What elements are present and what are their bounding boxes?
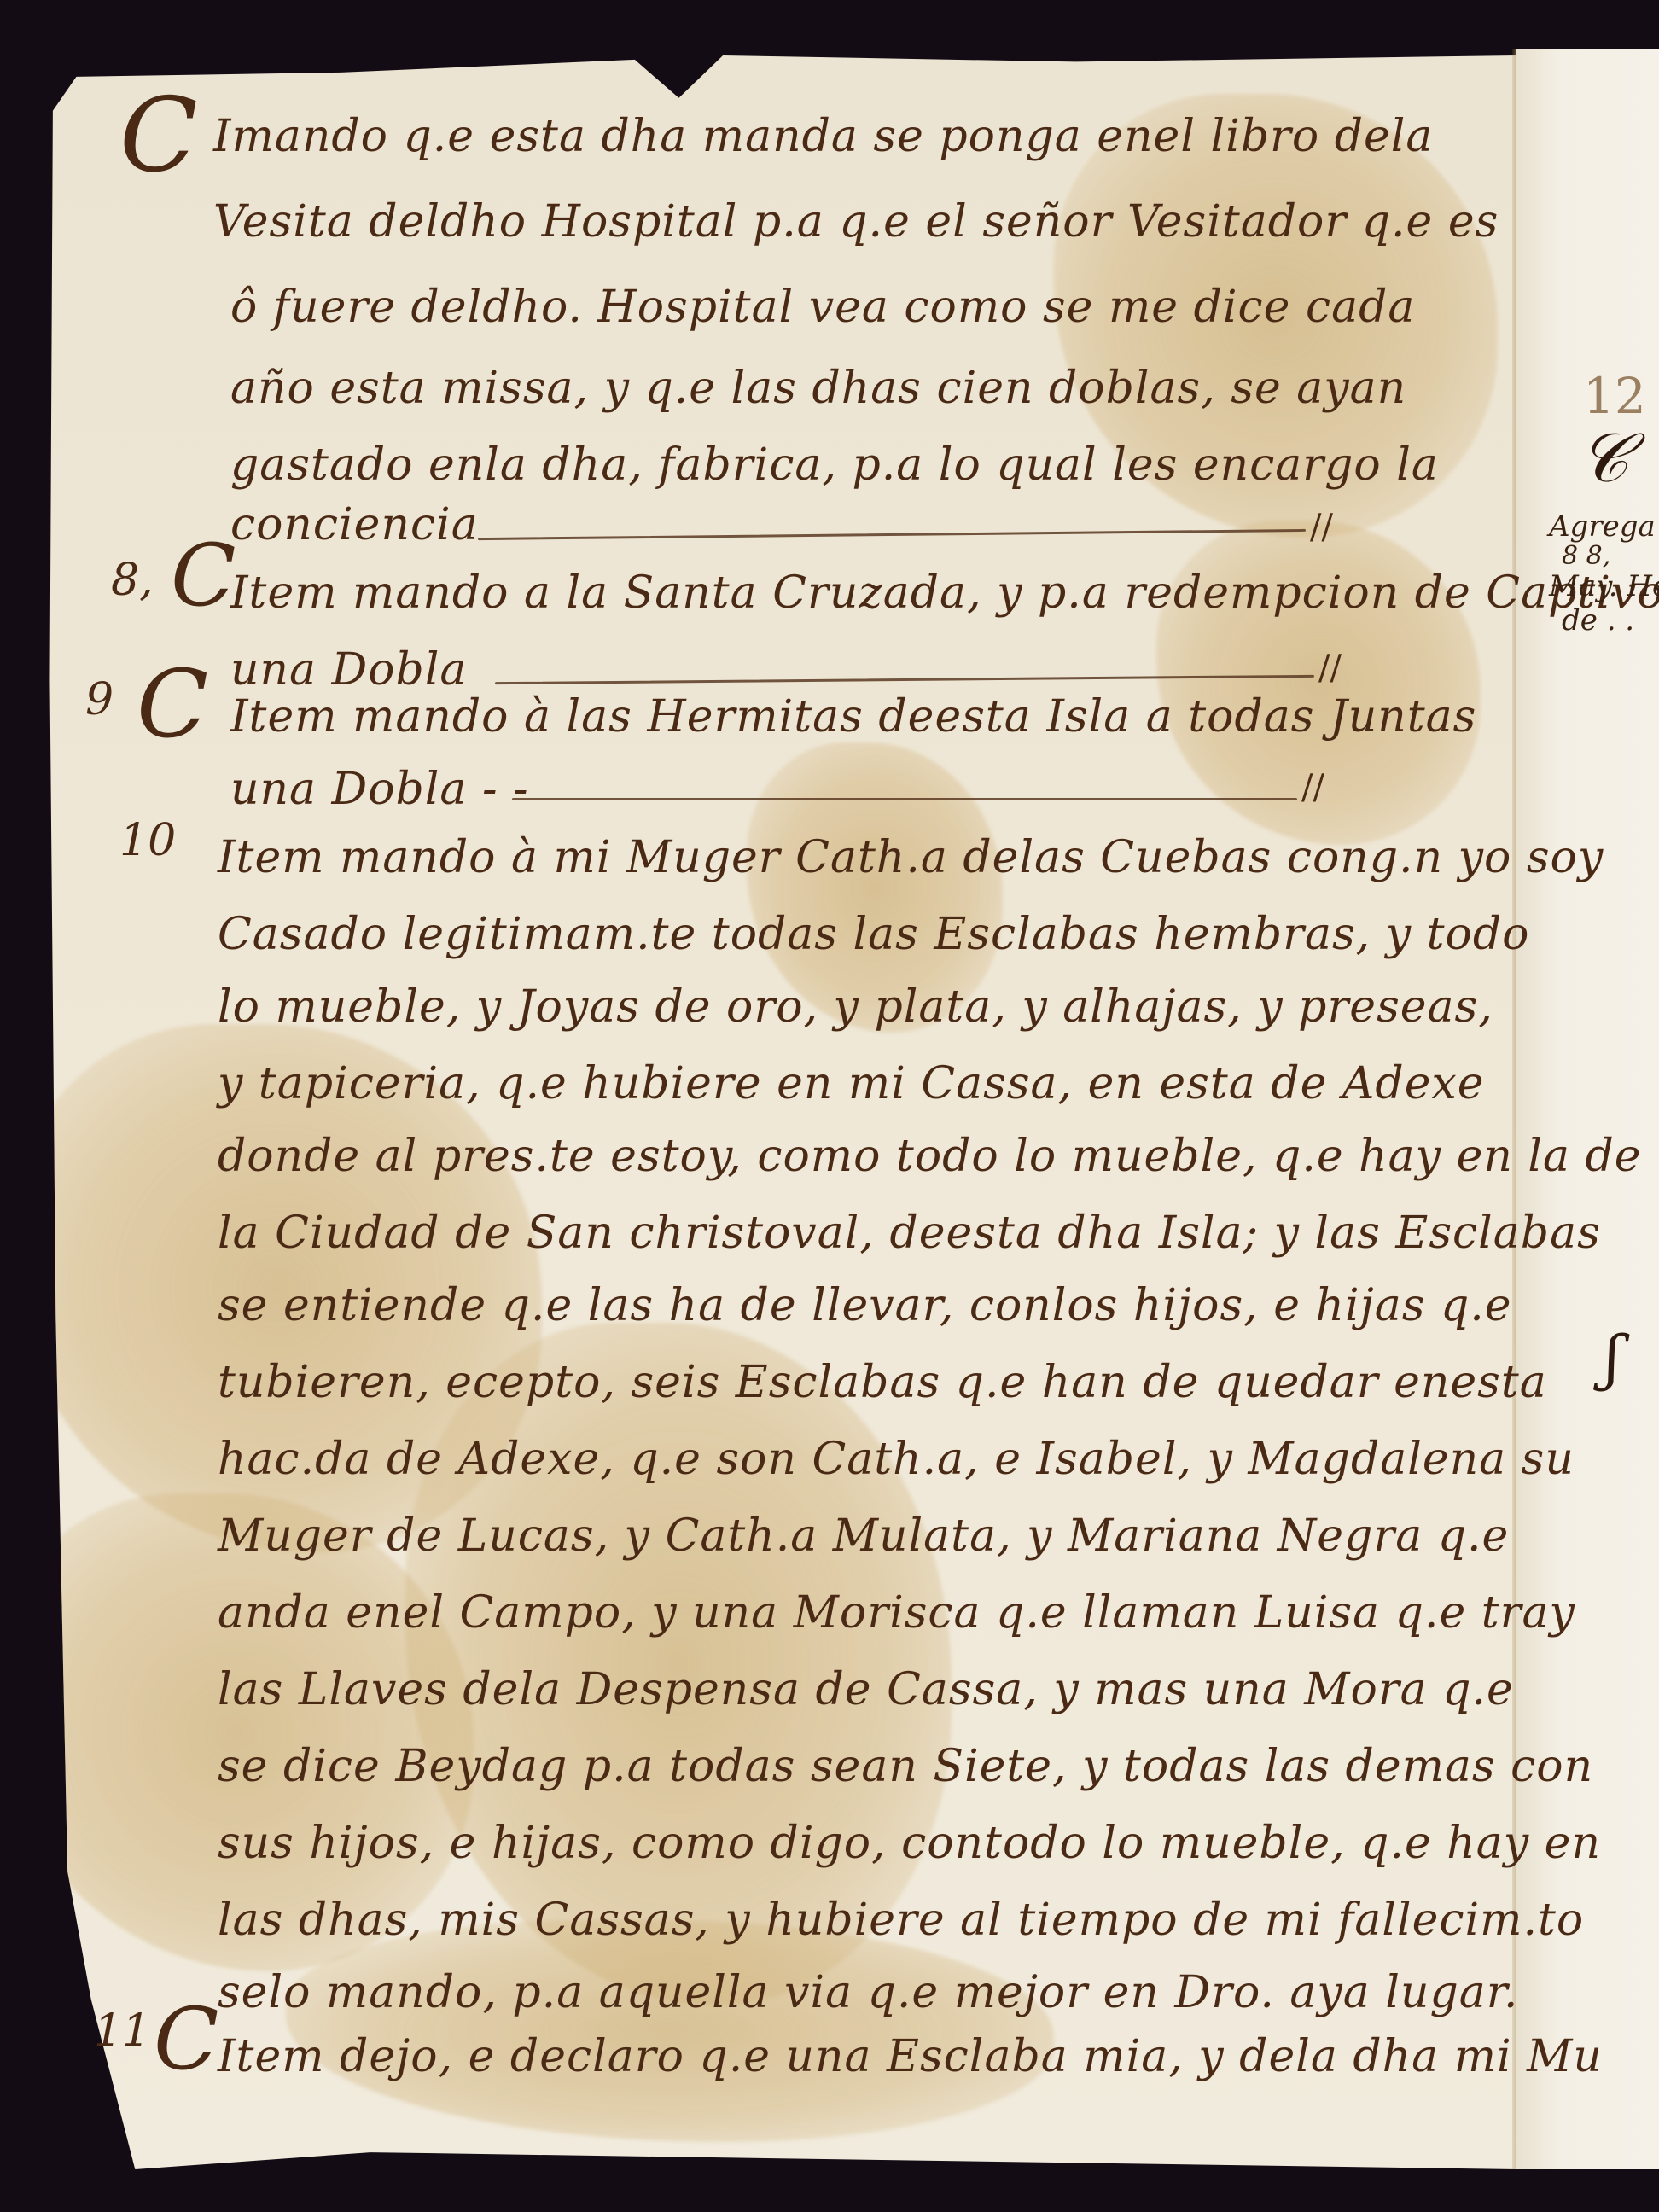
text-line: y tapiceria, q.e hubiere en mi Cassa, en… xyxy=(218,1058,1485,1109)
text-line: sus hijos, e hijas, como digo, contodo l… xyxy=(218,1818,1601,1869)
rule-end-mark: // xyxy=(1310,508,1333,547)
text-line: se entiende q.e las ha de llevar, conlos… xyxy=(218,1280,1512,1331)
text-line: lo mueble, y Joyas de oro, y plata, y al… xyxy=(218,981,1493,1033)
text-line: Muger de Lucas, y Cath.a Mulata, y Maria… xyxy=(218,1511,1509,1562)
text-line: anda enel Campo, y una Morisca q.e llama… xyxy=(218,1587,1575,1639)
text-line: Item mando à las Hermitas deesta Isla a … xyxy=(230,691,1476,742)
text-line: Vesita deldho Hospital p.a q.e el señor … xyxy=(213,196,1499,247)
text-line: donde al pres.te estoy, como todo lo mue… xyxy=(218,1131,1642,1182)
line-filler-rule xyxy=(495,675,1314,684)
margin-note-line: Agrega a xyxy=(1549,512,1659,543)
manuscript-scan: C Imando q.e esta dha manda se ponga ene… xyxy=(0,0,1659,2212)
margin-note-line: 8 8, xyxy=(1562,543,1610,570)
margin-note-line: May. He xyxy=(1549,572,1659,602)
folio-number: 12 xyxy=(1583,367,1646,425)
text-line: tubieren, ecepto, seis Esclabas q.e han … xyxy=(218,1357,1547,1408)
decorative-initial: C xyxy=(154,1997,219,2082)
text-line: año esta missa, y q.e las dhas cien dobl… xyxy=(230,363,1406,414)
item-number: 9 xyxy=(85,674,114,725)
signature-flourish: 𝒞 xyxy=(1579,418,1628,498)
decorative-initial: C xyxy=(137,657,208,751)
text-line: Item mando à mi Muger Cath.a delas Cueba… xyxy=(218,832,1604,883)
text-line: las dhas, mis Cassas, y hubiere al tiemp… xyxy=(218,1895,1584,1946)
text-line: selo mando, p.a aquella via q.e mejor en… xyxy=(218,1967,1518,2018)
text-line: Item dejo, e declaro q.e una Esclaba mia… xyxy=(218,2031,1603,2082)
item-number: 10 xyxy=(119,815,176,866)
margin-note-line: de . . xyxy=(1562,606,1634,637)
text-line: hac.da de Adexe, q.e son Cath.a, e Isabe… xyxy=(218,1434,1575,1485)
rule-end-mark: // xyxy=(1318,649,1342,688)
rule-end-mark: // xyxy=(1301,768,1324,807)
text-line: gastado enla dha, fabrica, p.a lo qual l… xyxy=(230,439,1439,491)
decorative-initial: C xyxy=(171,533,236,619)
line-filler-rule xyxy=(512,798,1297,800)
text-line: Casado legitimam.te todas las Esclabas h… xyxy=(218,909,1529,960)
text-line: Item mando a la Santa Cruzada, y p.a red… xyxy=(230,568,1659,619)
item-number: 11 xyxy=(94,2005,150,2057)
text-line: la Ciudad de San christoval, deesta dha … xyxy=(218,1208,1601,1259)
text-line: Imando q.e esta dha manda se ponga enel … xyxy=(213,111,1323,162)
text-line: conciencia xyxy=(230,499,479,550)
text-line: ô fuere deldho. Hospital vea como se me … xyxy=(230,282,1415,333)
manuscript-text: C Imando q.e esta dha manda se ponga ene… xyxy=(0,0,1659,2212)
margin-flourish: ʃ xyxy=(1604,1323,1621,1393)
text-line: las Llaves dela Despensa de Cassa, y mas… xyxy=(218,1664,1514,1715)
text-line: una Dobla - - xyxy=(230,764,529,815)
text-line: se dice Beydag p.a todas sean Siete, y t… xyxy=(218,1741,1593,1792)
decorative-initial: C xyxy=(119,85,198,188)
item-number: 8, xyxy=(111,555,154,606)
line-filler-rule xyxy=(478,529,1306,540)
text-line: una Dobla xyxy=(230,644,467,696)
